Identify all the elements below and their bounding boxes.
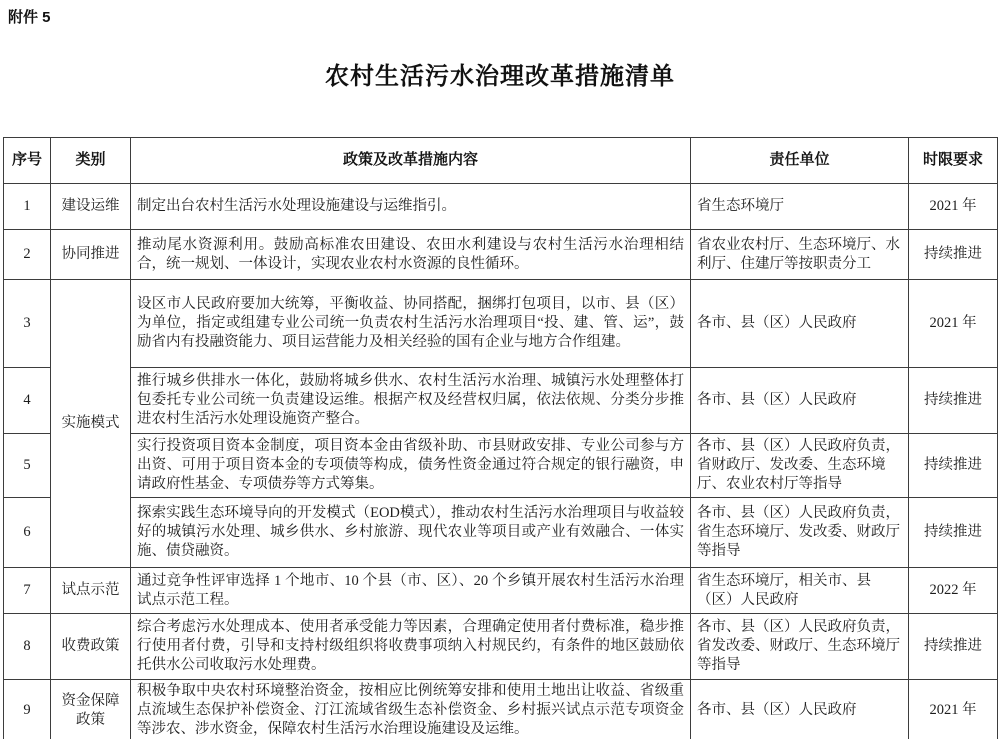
table-row: 1 建设运维 制定出台农村生活污水处理设施建设与运维指引。 省生态环境厅 202… — [4, 184, 998, 230]
row-deadline: 持续推进 — [909, 434, 998, 498]
row-unit: 各市、县（区）人民政府 — [691, 280, 909, 368]
row-unit: 省生态环境厅，相关市、县（区）人民政府 — [691, 568, 909, 614]
row-deadline: 持续推进 — [909, 230, 998, 280]
row-unit: 各市、县（区）人民政府负责，省财政厅、发改委、生态环境厅、农业农村厅等指导 — [691, 434, 909, 498]
row-content: 设区市人民政府要加大统筹，平衡收益、协同搭配，捆绑打包项目，以市、县（区）为单位… — [131, 280, 691, 368]
row-deadline: 持续推进 — [909, 368, 998, 434]
row-content: 综合考虑污水处理成本、使用者承受能力等因素，合理确定使用者付费标准，稳步推行使用… — [131, 614, 691, 680]
row-category: 试点示范 — [51, 568, 131, 614]
header-cell-category: 类别 — [51, 138, 131, 184]
row-content: 实行投资项目资本金制度，项目资本金由省级补助、市县财政安排、专业公司参与方出资、… — [131, 434, 691, 498]
row-deadline: 2021 年 — [909, 680, 998, 739]
page-title: 农村生活污水治理改革措施清单 — [0, 56, 1000, 91]
table-header-row: 序号 类别 政策及改革措施内容 责任单位 时限要求 — [4, 138, 998, 184]
table-row: 3 实施模式 设区市人民政府要加大统筹，平衡收益、协同搭配，捆绑打包项目，以市、… — [4, 280, 998, 368]
header-cell-deadline: 时限要求 — [909, 138, 998, 184]
row-content: 探索实践生态环境导向的开发模式（EOD模式），推动农村生活污水治理项目与收益较好… — [131, 498, 691, 568]
row-unit: 各市、县（区）人民政府 — [691, 680, 909, 739]
row-unit: 各市、县（区）人民政府负责，省发改委、财政厅、生态环境厅等指导 — [691, 614, 909, 680]
row-no: 5 — [4, 434, 51, 498]
row-content: 积极争取中央农村环境整治资金，按相应比例统筹安排和使用土地出让收益、省级重点流域… — [131, 680, 691, 739]
row-unit: 省生态环境厅 — [691, 184, 909, 230]
table-row: 5 实行投资项目资本金制度，项目资本金由省级补助、市县财政安排、专业公司参与方出… — [4, 434, 998, 498]
row-deadline: 2022 年 — [909, 568, 998, 614]
row-content: 推动尾水资源利用。鼓励高标准农田建设、农田水利建设与农村生活污水治理相结合，统一… — [131, 230, 691, 280]
row-content: 通过竞争性评审选择 1 个地市、10 个县（市、区）、20 个乡镇开展农村生活污… — [131, 568, 691, 614]
row-deadline: 2021 年 — [909, 280, 998, 368]
measures-table: 序号 类别 政策及改革措施内容 责任单位 时限要求 1 建设运维 制定出台农村生… — [3, 137, 998, 739]
row-deadline: 2021 年 — [909, 184, 998, 230]
header-cell-no: 序号 — [4, 138, 51, 184]
row-no: 6 — [4, 498, 51, 568]
row-deadline: 持续推进 — [909, 498, 998, 568]
row-unit: 各市、县（区）人民政府 — [691, 368, 909, 434]
document-page: 附件 5 农村生活污水治理改革措施清单 序号 类别 政策及改革措施内容 责任单位… — [0, 0, 1000, 739]
table-row: 7 试点示范 通过竞争性评审选择 1 个地市、10 个县（市、区）、20 个乡镇… — [4, 568, 998, 614]
table-row: 8 收费政策 综合考虑污水处理成本、使用者承受能力等因素，合理确定使用者付费标准… — [4, 614, 998, 680]
row-no: 3 — [4, 280, 51, 368]
row-content: 制定出台农村生活污水处理设施建设与运维指引。 — [131, 184, 691, 230]
row-no: 4 — [4, 368, 51, 434]
row-unit: 各市、县（区）人民政府负责，省生态环境厅、发改委、财政厅等指导 — [691, 498, 909, 568]
row-no: 9 — [4, 680, 51, 739]
table-row: 6 探索实践生态环境导向的开发模式（EOD模式），推动农村生活污水治理项目与收益… — [4, 498, 998, 568]
table-row: 2 协同推进 推动尾水资源利用。鼓励高标准农田建设、农田水利建设与农村生活污水治… — [4, 230, 998, 280]
row-category-merged: 实施模式 — [51, 280, 131, 568]
row-no: 1 — [4, 184, 51, 230]
row-category: 建设运维 — [51, 184, 131, 230]
row-category: 收费政策 — [51, 614, 131, 680]
measures-table-container: 序号 类别 政策及改革措施内容 责任单位 时限要求 1 建设运维 制定出台农村生… — [3, 137, 997, 739]
attachment-label: 附件 5 — [8, 6, 51, 27]
row-unit: 省农业农村厅、生态环境厅、水利厅、住建厅等按职责分工 — [691, 230, 909, 280]
row-no: 7 — [4, 568, 51, 614]
row-deadline: 持续推进 — [909, 614, 998, 680]
row-no: 8 — [4, 614, 51, 680]
table-row: 4 推行城乡供排水一体化，鼓励将城乡供水、农村生活污水治理、城镇污水处理整体打包… — [4, 368, 998, 434]
header-cell-unit: 责任单位 — [691, 138, 909, 184]
row-no: 2 — [4, 230, 51, 280]
row-content: 推行城乡供排水一体化，鼓励将城乡供水、农村生活污水治理、城镇污水处理整体打包委托… — [131, 368, 691, 434]
table-row: 9 资金保障政策 积极争取中央农村环境整治资金，按相应比例统筹安排和使用土地出让… — [4, 680, 998, 739]
row-category: 资金保障政策 — [51, 680, 131, 739]
header-cell-content: 政策及改革措施内容 — [131, 138, 691, 184]
row-category: 协同推进 — [51, 230, 131, 280]
